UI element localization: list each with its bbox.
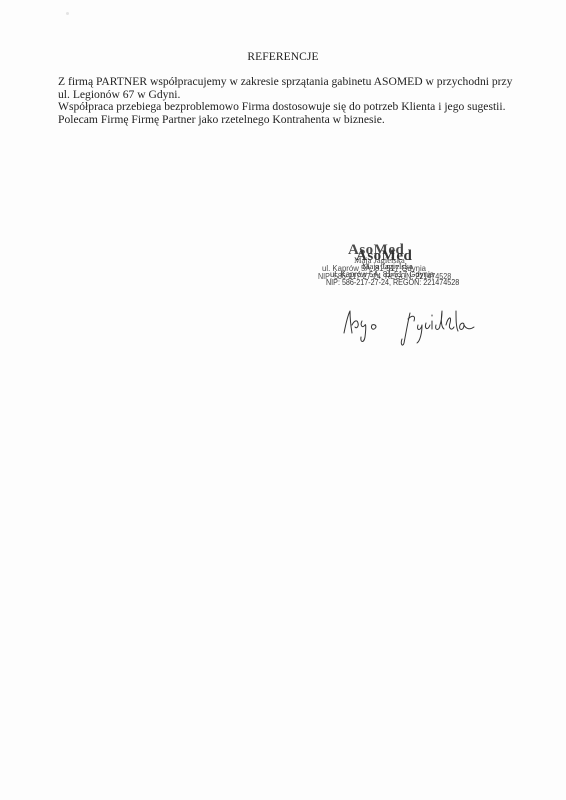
scan-artifact (66, 12, 69, 15)
company-stamp: AsoMed Maja Jagielska ul. Kaprów 5A, 81-… (318, 243, 488, 305)
document-body: Z firmą PARTNER współpracujemy w zakresi… (58, 76, 548, 126)
stamp-ids: NIP: 586-217-27-24, REGON: 221474528 (326, 279, 459, 287)
body-line: Współpraca przebiega bezproblemowo Firma… (58, 101, 548, 114)
handwritten-signature-icon (338, 303, 488, 348)
body-line: Polecam Firmę Firmę Partner jako rzeteln… (58, 114, 548, 127)
document-page: REFERENCJE Z firmą PARTNER współpracujem… (0, 0, 566, 800)
document-title: REFERENCJE (0, 51, 566, 63)
body-line: Z firmą PARTNER współpracujemy w zakresi… (58, 76, 548, 89)
